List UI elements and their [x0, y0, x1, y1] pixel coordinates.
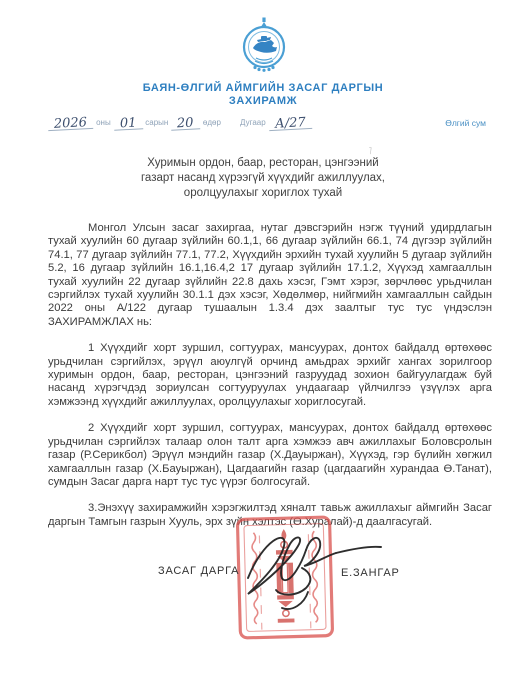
org-name-line2: ЗАХИРАМЖ [0, 95, 526, 108]
day-label: өдөр [203, 118, 221, 127]
document-title: Хуримын ордон, баар, ресторан, цэнгээний… [0, 156, 526, 201]
number-label: Дугаар [240, 118, 266, 127]
item-2-paragraph: 2 Хүүхдийг хорт зуршил, согтуурах, мансу… [48, 422, 492, 489]
dateline: 2026оны01сарын20өдөр ДугаарА/27 Өлгий су… [0, 112, 526, 138]
title-line3: оролцуулахыг хориглох тухай [0, 186, 526, 201]
decree-document-page: БАЯН-ӨЛГИЙ АЙМГИЙН ЗАСАГ ДАРГЫН ЗАХИРАМЖ… [0, 0, 526, 681]
item-1-paragraph: 1 Хүүхдийг хорт зуршил, согтуурах, мансу… [48, 342, 492, 409]
month-handwritten: 01 [113, 118, 142, 130]
title-line2: газарт насанд хүрээгүй хүүхдийг ажиллуул… [0, 171, 526, 186]
province-emblem-icon [239, 12, 289, 78]
signer-name: Е.ЗАНГАР [341, 567, 400, 579]
number-handwritten: А/27 [268, 118, 311, 131]
org-name-line1: БАЯН-ӨЛГИЙ АЙМГИЙН ЗАСАГ ДАРГЫН [0, 82, 526, 95]
year-label: оны [96, 118, 111, 127]
document-number: ДугаарА/27 [237, 118, 311, 129]
preamble-paragraph: Монгол Улсын засаг захиргаа, нутаг дэвсг… [48, 222, 492, 329]
document-body: Монгол Улсын засаг захиргаа, нутаг дэвсг… [48, 222, 492, 542]
year-handwritten: 2026 [48, 118, 94, 131]
place-name: Өлгий сум [445, 118, 486, 128]
signer-position-title: ЗАСАГ ДАРГА [158, 565, 239, 577]
title-line1: Хуримын ордон, баар, ресторан, цэнгээний [0, 156, 526, 171]
date-fields: 2026оны01сарын20өдөр [48, 118, 224, 129]
org-header: БАЯН-ӨЛГИЙ АЙМГИЙН ЗАСАГ ДАРГЫН ЗАХИРАМЖ [0, 82, 526, 108]
day-handwritten: 20 [171, 118, 200, 130]
month-label: сарын [145, 118, 168, 127]
